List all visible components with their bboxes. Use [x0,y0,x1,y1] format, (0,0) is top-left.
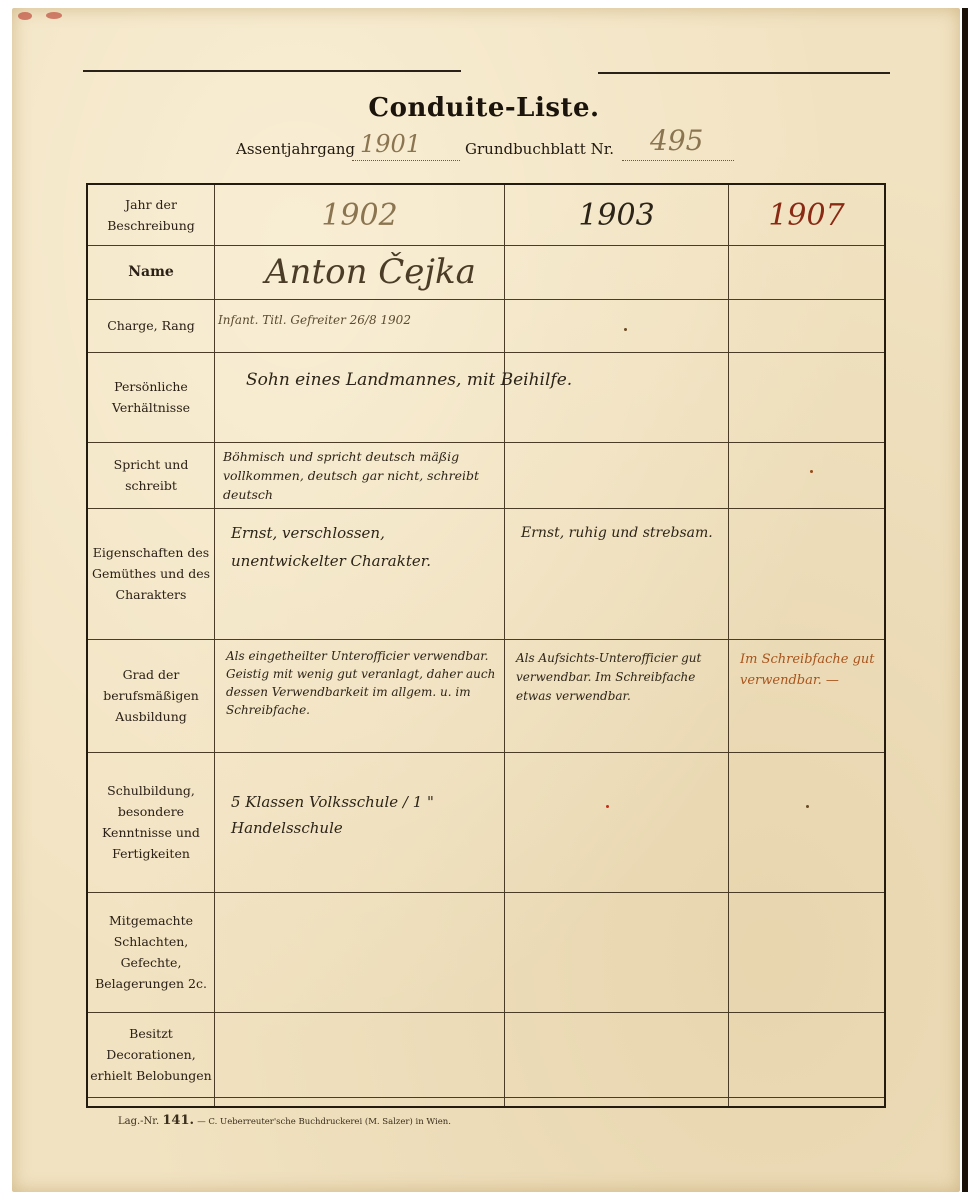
row-label-battles: Mitgemachte Schlachten, Gefechte, Belage… [88,892,214,1012]
label-text: Besitzt Decorationen, erhielt Belobungen [88,1023,214,1086]
grundbuchblatt-label: Grundbuchblatt Nr. [465,140,614,158]
training-value-1902: Als eingetheilter Unterofficier verwendb… [218,643,518,753]
row-label-decorations: Besitzt Decorationen, erhielt Belobungen [88,1012,214,1097]
row-label-charge: Charge, Rang [88,299,214,352]
name-value: Anton Čejka [215,246,884,299]
top-rule-left [83,70,461,72]
personal-value: Sohn eines Landmannes, mit Beihilfe. [238,365,878,425]
label-text: Jahr der Beschreibung [88,194,214,236]
battles-value-1907 [729,893,884,1012]
ink-speck [624,328,627,331]
decorations-value-1903 [505,1013,728,1097]
character-value-1902: Ernst, verschlossen, unentwickelter Char… [223,515,503,635]
printer-imprint: — C. Ueberreuter'sche Buchdruckerei (M. … [197,1117,451,1127]
lag-nr-value: 141. [162,1113,194,1128]
assentjahrgang-dotted-line [352,160,460,161]
top-rule-right [598,72,890,74]
year-cell-1907: 1907 [729,185,884,245]
row-label-name: Name [88,245,214,299]
label-text: Charge, Rang [107,315,195,336]
label-text: Eigenschaften des Gemüthes und des Chara… [88,542,214,605]
lag-nr-label: Lag.-Nr. [118,1116,159,1127]
year-cell-1903: 1903 [505,185,728,245]
year-cell-1902: 1902 [215,185,504,245]
row-label-schooling: Schulbildung, besondere Kenntnisse und F… [88,752,214,892]
label-text: Name [128,262,174,283]
decorations-value-1902 [215,1013,504,1097]
ink-speck [606,805,609,808]
languages-value-1902: Böhmisch und spricht deutsch mäßig vollk… [215,443,525,513]
grundbuchblatt-value: 495 [650,124,703,157]
training-value-1903: Als Aufsichts-Unterofficier gut verwendb… [508,645,728,735]
label-text: Spricht und schreibt [88,454,214,496]
label-text: Grad der berufsmäßigen Ausbildung [88,664,214,727]
ink-speck [810,470,813,473]
row-label-personal: Persönliche Verhältnisse [88,352,214,442]
red-stain [18,12,32,20]
row-label-training: Grad der berufsmäßigen Ausbildung [88,639,214,752]
schooling-value-1902: 5 Klassen Volksschule / 1 " Handelsschul… [223,785,503,845]
red-stain [46,12,62,19]
ink-speck [806,805,809,808]
training-value-1907: Im Schreibfache gut verwendbar. — [732,645,884,725]
row-label-character: Eigenschaften des Gemüthes und des Chara… [88,508,214,639]
label-text: Schulbildung, besondere Kenntnisse und F… [88,780,214,864]
printer-footer: Lag.-Nr. 141. — C. Ueberreuter'sche Buch… [118,1113,451,1128]
battles-value-1902 [215,893,504,1012]
conduct-table: Jahr der Beschreibung Name Charge, Rang … [86,183,886,1108]
assentjahrgang-value: 1901 [360,130,421,158]
label-text: Persönliche Verhältnisse [88,376,214,418]
charge-value-1902: Infant. Titl. Gefreiter 26/8 1902 [210,305,510,352]
label-text: Mitgemachte Schlachten, Gefechte, Belage… [88,910,214,994]
scan-edge [962,8,968,1192]
character-value-1903: Ernst, ruhig und strebsam. [513,515,723,595]
battles-value-1903 [505,893,728,1012]
grundbuchblatt-dotted-line [622,160,734,161]
decorations-value-1907 [729,1013,884,1097]
assentjahrgang-label: Assentjahrgang [236,140,355,158]
row-divider [88,1097,884,1098]
row-label-languages: Spricht und schreibt [88,442,214,508]
row-label-year: Jahr der Beschreibung [88,185,214,245]
document-title: Conduite-Liste. [0,93,968,123]
